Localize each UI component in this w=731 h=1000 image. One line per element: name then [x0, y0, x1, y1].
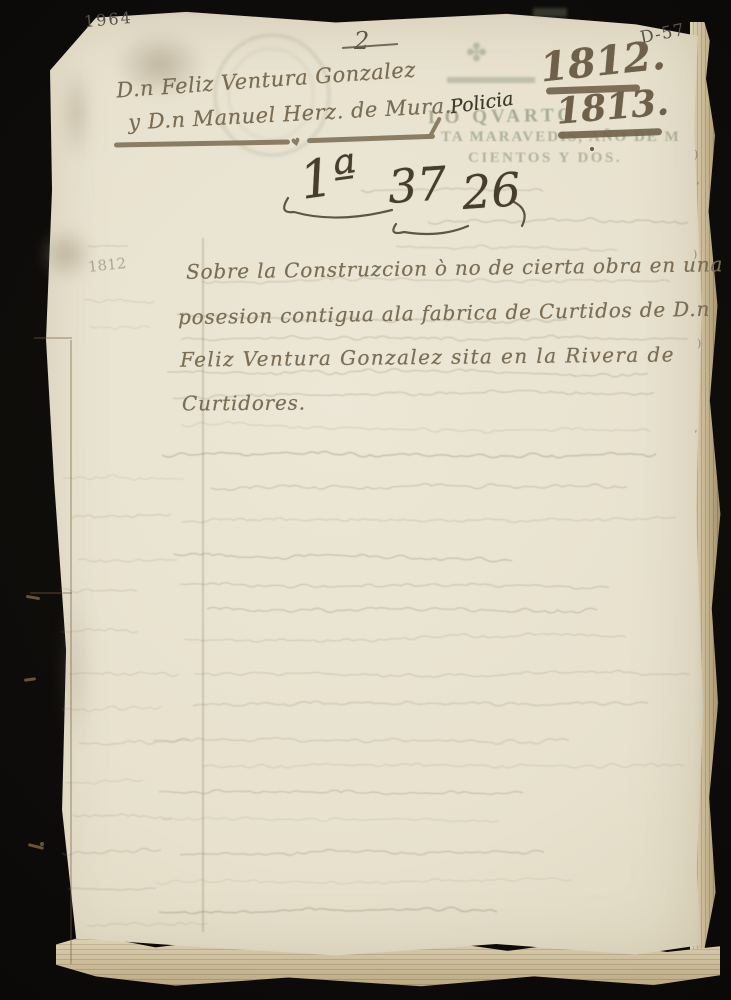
stamp-faded-mark — [533, 8, 567, 17]
paper-stain — [54, 48, 98, 178]
fold-crease-vertical — [70, 340, 72, 964]
stamp-faded-text-bar — [447, 77, 535, 83]
stamp-cross-icon: ✤ — [466, 38, 487, 67]
ink-dot — [590, 147, 594, 151]
binding-stitch — [26, 595, 40, 600]
fold-crease-top — [34, 337, 72, 339]
subject-line4: Curtidores. — [182, 391, 306, 416]
binding-stitch — [24, 677, 36, 682]
page-number-mark: 2 — [354, 27, 369, 55]
bleedthrough-margin-rule — [202, 238, 204, 932]
fold-crease-middle — [30, 592, 72, 594]
edge-pen-mark: ) — [693, 248, 697, 261]
manuscript-scan: ✤ LO QVARTO TA MARAVEDIS, AÑO DE M CIENT… — [0, 0, 731, 1000]
file-number-first: 1ª — [296, 144, 362, 211]
edge-pen-mark: ) — [697, 337, 701, 350]
file-number-second: 37 — [386, 156, 448, 214]
edge-pen-mark: ’ — [696, 180, 700, 193]
binding-stitch-knot — [40, 842, 44, 846]
edge-pen-mark: ’ — [694, 428, 698, 441]
paper-stain — [30, 218, 102, 290]
file-number-third: 26 — [460, 162, 522, 220]
edge-pen-mark: ) — [694, 148, 698, 161]
